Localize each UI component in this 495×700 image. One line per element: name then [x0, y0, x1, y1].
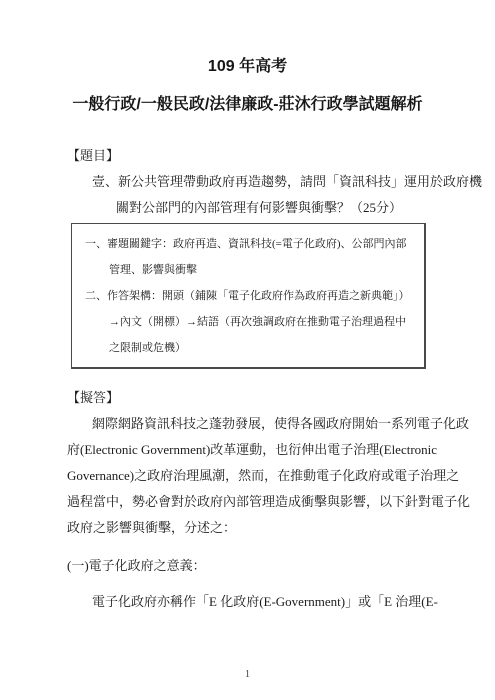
answer-outline-box: 一、審題關鍵字：政府再造、資訊科技(=電子化政府)、公部門內部 管理、影響與衝擊…: [71, 223, 426, 369]
outline-structure-line-2: →內文（開標）→結語（再次強調政府在推動電子治理過程中: [85, 309, 416, 335]
answer-line-1: 網際網路資訊科技之蓬勃發展，使得各國政府開始一系列電子化政: [67, 411, 459, 437]
outline-keywords-line-1: 一、審題關鍵字：政府再造、資訊科技(=電子化政府)、公部門內部: [85, 231, 416, 257]
answer-line-2: 府(Electronic Government)改革運動，也衍伸出電子治理(El…: [67, 437, 459, 463]
answer-line-3: Governance)之政府治理風潮，然而，在推動電子化政府或電子治理之: [67, 463, 459, 489]
answer-section-label: 【擬答】: [67, 385, 459, 411]
outline-structure-line-1: 二、作答架構：開頭（鋪陳「電子化政府作為政府再造之新典範」）: [85, 283, 416, 309]
document-page: 109 年高考 一般行政/一般民政/法律廉政-莊沐行政學試題解析 【題目】 壹、…: [0, 0, 495, 700]
outline-structure-line-3: 之限制或危機）: [85, 335, 416, 361]
title-block: 109 年高考 一般行政/一般民政/法律廉政-莊沐行政學試題解析: [0, 0, 495, 117]
document-title: 109 年高考: [0, 55, 495, 79]
outline-keywords-line-2: 管理、影響與衝擊: [85, 257, 416, 283]
document-subtitle: 一般行政/一般民政/法律廉政-莊沐行政學試題解析: [0, 93, 495, 117]
answer-line-5: 政府之影響與衝擊，分述之：: [67, 515, 459, 541]
page-number: 1: [0, 669, 495, 680]
question-line-1: 壹、新公共管理帶動政府再造趨勢，請問「資訊科技」運用於政府機: [67, 169, 459, 195]
question-section-label: 【題目】: [67, 143, 459, 169]
answer-subsection-line-1: 電子化政府亦稱作「E 化政府(E-Government)」或「E 治理(E-: [67, 589, 459, 615]
question-line-2: 關對公部門的內部管理有何影響與衝擊？（25分）: [67, 195, 459, 221]
document-body: 【題目】 壹、新公共管理帶動政府再造趨勢，請問「資訊科技」運用於政府機 關對公部…: [0, 143, 495, 615]
answer-subsection-heading: (一)電子化政府之意義：: [67, 553, 459, 579]
answer-line-4: 過程當中，勢必會對於政府內部管理造成衝擊與影響，以下針對電子化: [67, 489, 459, 515]
